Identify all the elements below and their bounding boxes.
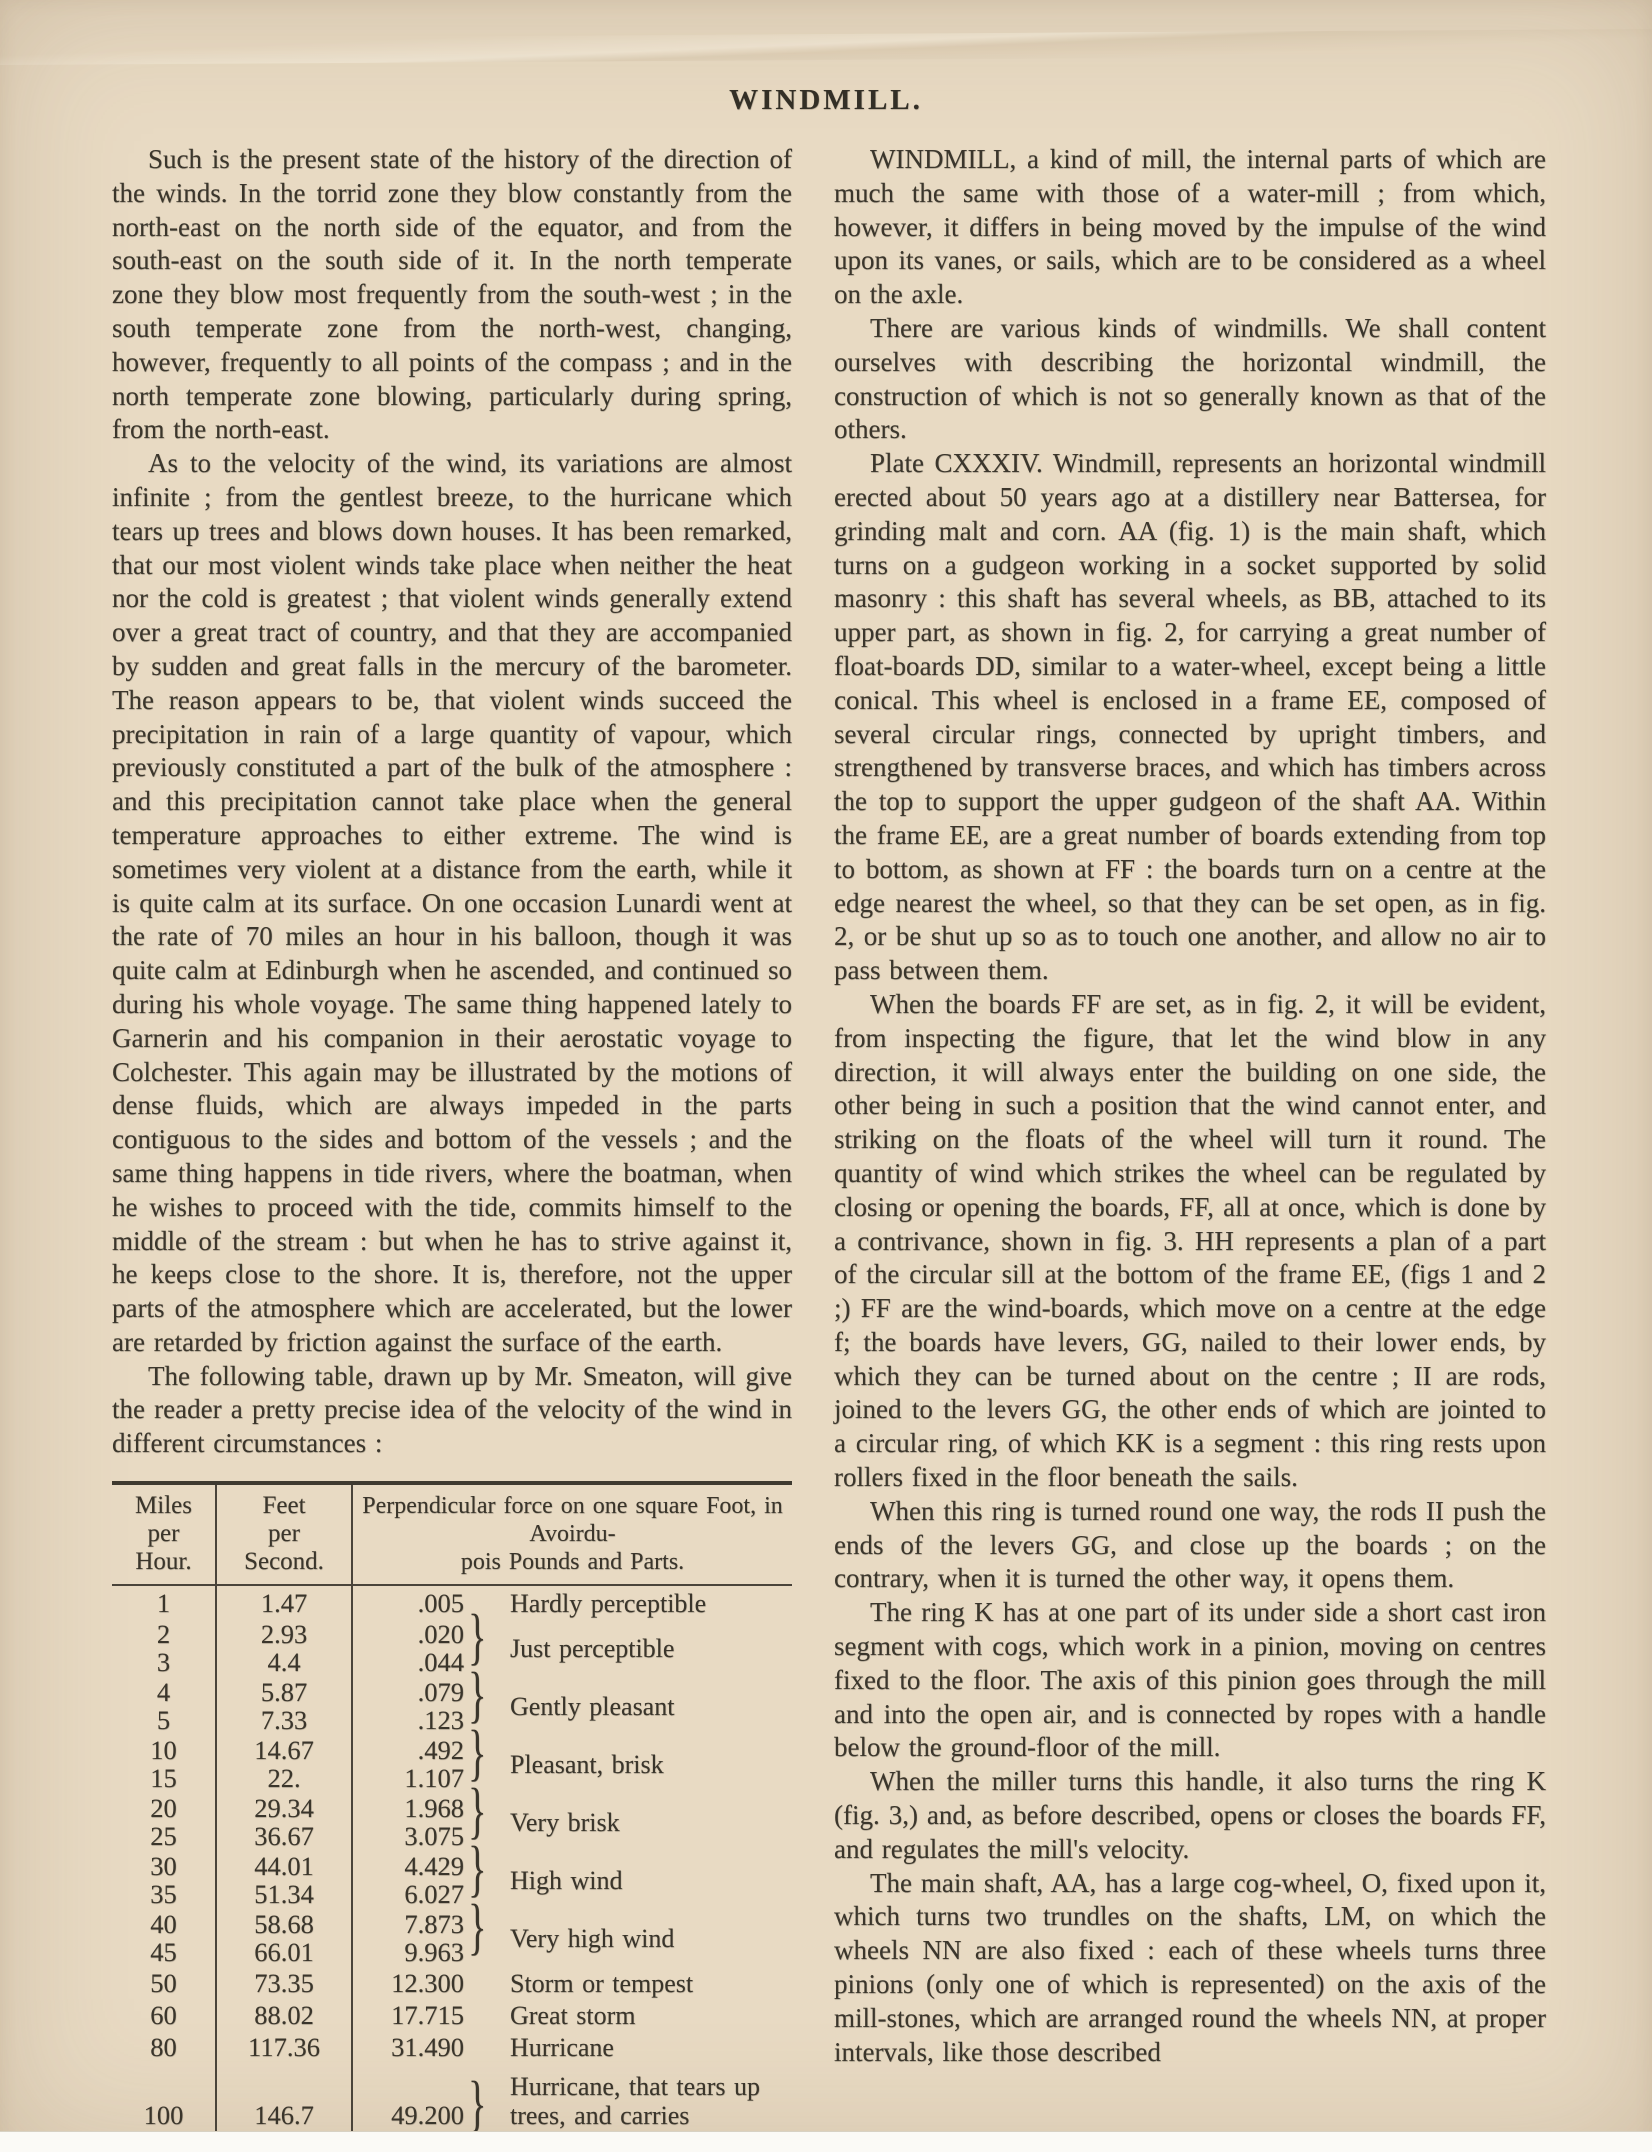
brace-glyph <box>468 2030 498 2062</box>
force-cell: 17.715 <box>352 1998 468 2030</box>
table-row: 4058.687.873}Very high wind <box>112 1908 792 1939</box>
paragraph: As to the velocity of the wind, its vari… <box>112 447 792 1360</box>
force-cell: 1.968 <box>352 1792 468 1823</box>
brace-glyph <box>468 1966 498 1998</box>
wind-description: High wind <box>498 1850 792 1908</box>
table-row: 45.87.079}Gently pleasant <box>112 1676 792 1707</box>
fps-cell: 73.35 <box>216 1966 352 1998</box>
fps-cell: 29.34 <box>216 1792 352 1823</box>
fps-cell: 1.47 <box>216 1585 352 1618</box>
mph-cell: 80 <box>112 2030 216 2062</box>
wind-description: Just perceptible <box>498 1618 792 1676</box>
force-cell: 31.490 <box>352 2030 468 2062</box>
paragraph: When the boards FF are set, as in fig. 2… <box>834 988 1546 1495</box>
force-cell: 3.075 <box>352 1823 468 1851</box>
right-column: WINDMILL, a kind of mill, the internal p… <box>834 143 1546 2152</box>
paragraph: When this ring is turned round one way, … <box>834 1495 1546 1596</box>
mph-cell: 3 <box>112 1649 216 1677</box>
table-row: 22.93.020}Just perceptible <box>112 1618 792 1649</box>
left-column: Such is the present state of the history… <box>112 143 792 2152</box>
fps-cell: 66.01 <box>216 1939 352 1967</box>
table-row: 6088.0217.715Great storm <box>112 1998 792 2030</box>
mph-cell: 35 <box>112 1881 216 1909</box>
brace-glyph: } <box>468 1908 498 1966</box>
wind-description: Great storm <box>498 1998 792 2030</box>
header-miles-per-hour: Miles per Hour. <box>112 1483 216 1585</box>
mph-cell: 1 <box>112 1585 216 1618</box>
mph-cell: 15 <box>112 1765 216 1793</box>
fps-cell: 88.02 <box>216 1998 352 2030</box>
mph-cell: 30 <box>112 1850 216 1881</box>
table-header-row: Miles per Hour. Feet per Second. Perpend… <box>112 1483 792 1585</box>
force-cell: 7.873 <box>352 1908 468 1939</box>
mph-cell: 10 <box>112 1734 216 1765</box>
paper-crease <box>0 29 1652 65</box>
two-column-layout: Such is the present state of the history… <box>0 143 1652 2152</box>
force-cell: .079 <box>352 1676 468 1707</box>
fps-cell: 4.4 <box>216 1649 352 1677</box>
scanned-page: WINDMILL. Such is the present state of t… <box>0 0 1652 2152</box>
force-cell: .123 <box>352 1707 468 1735</box>
force-cell: .492 <box>352 1734 468 1765</box>
mph-cell: 60 <box>112 1998 216 2030</box>
mph-cell: 2 <box>112 1618 216 1649</box>
wind-description: Pleasant, brisk <box>498 1734 792 1792</box>
force-cell: 9.963 <box>352 1939 468 1967</box>
paragraph: The following table, drawn up by Mr. Sme… <box>112 1360 792 1461</box>
paragraph: Plate CXXXIV. Windmill, represents an ho… <box>834 447 1546 988</box>
table-row: 3044.014.429}High wind <box>112 1850 792 1881</box>
scan-edge-strip <box>0 2131 1652 2152</box>
fps-cell: 5.87 <box>216 1676 352 1707</box>
fps-cell: 7.33 <box>216 1707 352 1735</box>
table-row: 2029.341.968}Very brisk <box>112 1792 792 1823</box>
mph-cell: 50 <box>112 1966 216 1998</box>
mph-cell: 20 <box>112 1792 216 1823</box>
paragraph: When the miller turns this handle, it al… <box>834 1765 1546 1866</box>
paragraph: There are various kinds of windmills. We… <box>834 312 1546 447</box>
table-row: 80117.3631.490Hurricane <box>112 2030 792 2062</box>
header-perpendicular-force: Perpendicular force on one square Foot, … <box>352 1483 792 1585</box>
mph-cell: 25 <box>112 1823 216 1851</box>
paragraph: Such is the present state of the history… <box>112 143 792 447</box>
header-feet-per-second: Feet per Second. <box>216 1483 352 1585</box>
paragraph: The ring K has at one part of its under … <box>834 1596 1546 1765</box>
force-cell: 6.027 <box>352 1881 468 1909</box>
paragraph: WINDMILL, a kind of mill, the internal p… <box>834 143 1546 312</box>
force-cell: .005 <box>352 1585 468 1618</box>
fps-cell: 36.67 <box>216 1823 352 1851</box>
right-column-paragraphs: WINDMILL, a kind of mill, the internal p… <box>834 143 1546 2069</box>
mph-cell: 4 <box>112 1676 216 1707</box>
table-row: 5073.3512.300Storm or tempest <box>112 1966 792 1998</box>
wind-description: Gently pleasant <box>498 1676 792 1734</box>
fps-cell: 2.93 <box>216 1618 352 1649</box>
fps-cell: 22. <box>216 1765 352 1793</box>
table-row: 11.47.005Hardly perceptible <box>112 1585 792 1618</box>
fps-cell: 14.67 <box>216 1734 352 1765</box>
wind-description: Very brisk <box>498 1792 792 1850</box>
left-column-paragraphs: Such is the present state of the history… <box>112 143 792 1461</box>
fps-cell: 51.34 <box>216 1881 352 1909</box>
wind-description: Very high wind <box>498 1908 792 1966</box>
force-cell: 1.107 <box>352 1765 468 1793</box>
force-cell: 12.300 <box>352 1966 468 1998</box>
table-row: 1014.67.492}Pleasant, brisk <box>112 1734 792 1765</box>
fps-cell: 117.36 <box>216 2030 352 2062</box>
wind-description: Storm or tempest <box>498 1966 792 1998</box>
force-cell: .020 <box>352 1618 468 1649</box>
fps-cell: 58.68 <box>216 1908 352 1939</box>
wind-force-table: Miles per Hour. Feet per Second. Perpend… <box>112 1481 792 2152</box>
paragraph: The main shaft, AA, has a large cog-whee… <box>834 1867 1546 2070</box>
wind-description: Hardly perceptible <box>498 1585 792 1618</box>
fps-cell: 44.01 <box>216 1850 352 1881</box>
force-cell: .044 <box>352 1649 468 1677</box>
mph-cell: 45 <box>112 1939 216 1967</box>
wind-description: Hurricane <box>498 2030 792 2062</box>
table-body: 11.47.005Hardly perceptible22.93.020}Jus… <box>112 1585 792 2152</box>
brace-glyph <box>468 1998 498 2030</box>
mph-cell: 40 <box>112 1908 216 1939</box>
force-cell: 4.429 <box>352 1850 468 1881</box>
mph-cell: 5 <box>112 1707 216 1735</box>
page-title: WINDMILL. <box>0 84 1652 117</box>
